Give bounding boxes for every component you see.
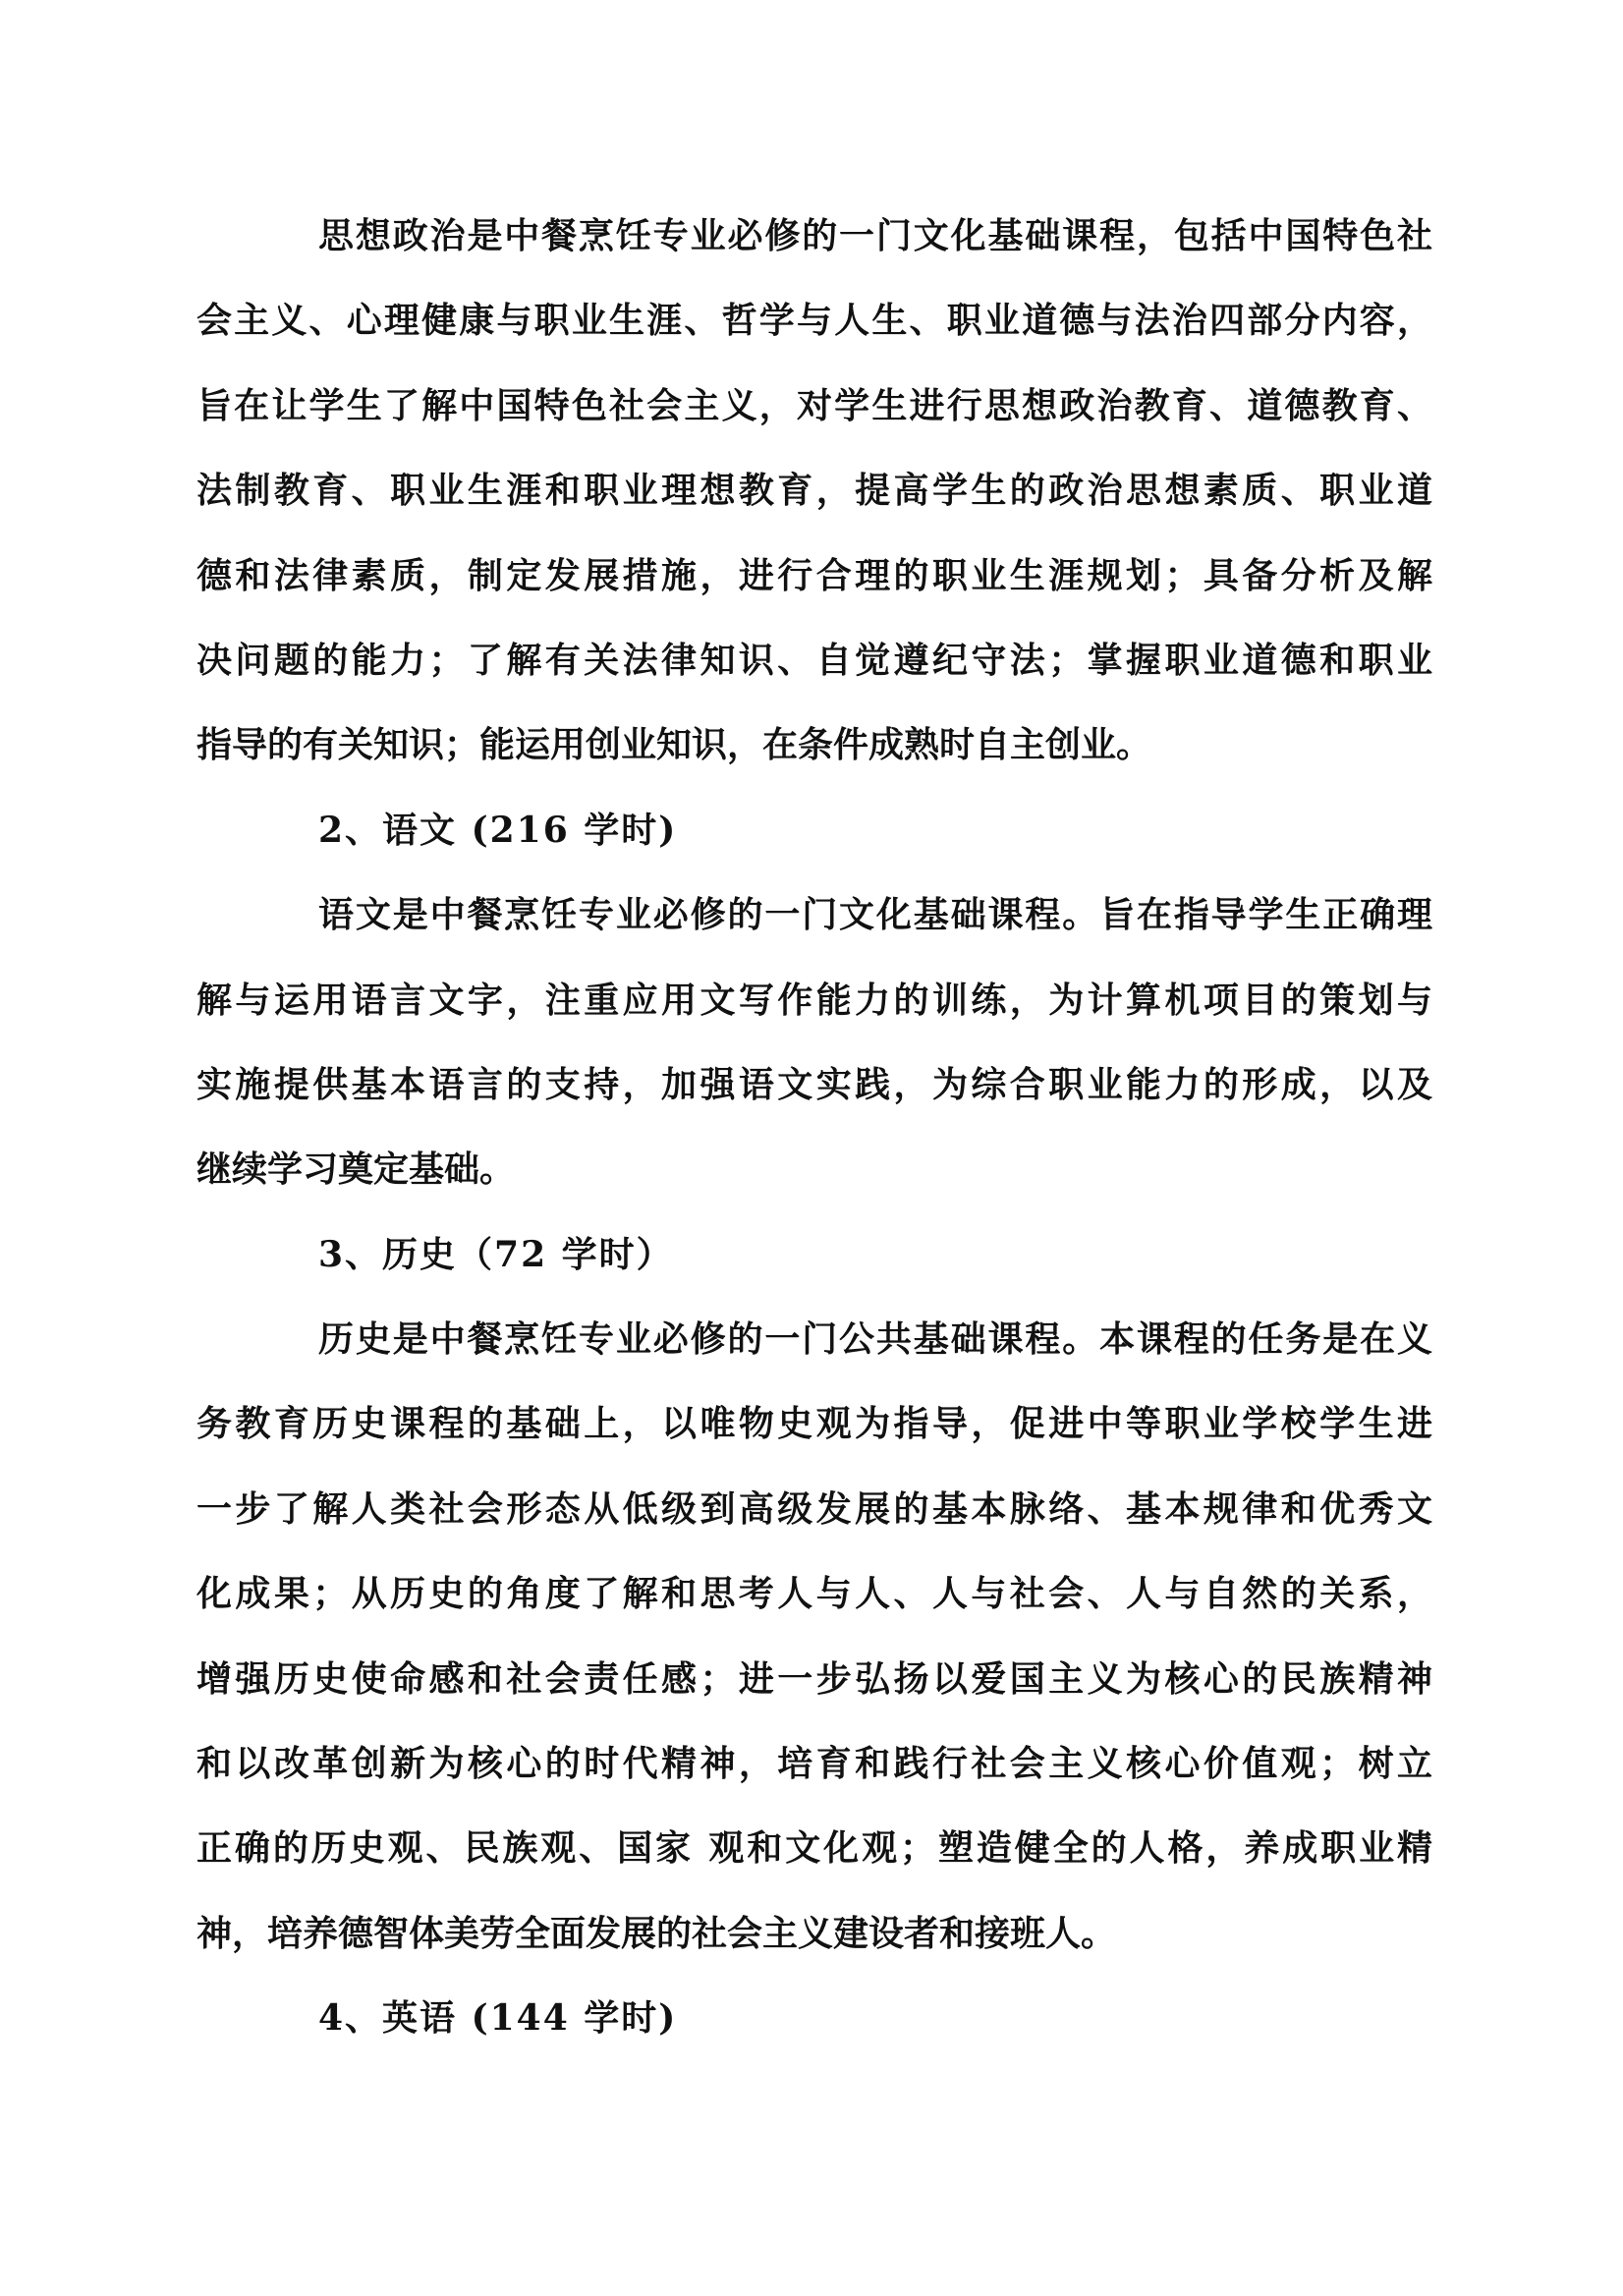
paragraph-line: 和以改革创新为核心的时代精神，培育和践行社会主义核心价值观；树立	[196, 1721, 1432, 1806]
section-heading-history: 3、历史（72 学时）	[196, 1212, 1432, 1297]
paragraph-line: 正确的历史观、民族观、国家 观和文化观；塑造健全的人格，养成职业精	[196, 1806, 1432, 1890]
paragraph-line: 解与运用语言文字，注重应用文写作能力的训练，为计算机项目的策划与	[196, 958, 1432, 1042]
paragraph-chinese: 语文是中餐烹饪专业必修的一门文化基础课程。旨在指导学生正确理 解与运用语言文字，…	[196, 872, 1432, 1212]
section-heading-english: 4、英语 (144 学时)	[196, 1976, 1432, 2060]
section-heading-chinese: 2、语文 (216 学时)	[196, 788, 1432, 872]
paragraph-line: 务教育历史课程的基础上，以唯物史观为指导，促进中等职业学校学生进	[196, 1381, 1432, 1466]
paragraph-line: 增强历史使命感和社会责任感；进一步弘扬以爱国主义为核心的民族精神	[196, 1637, 1432, 1721]
paragraph-line: 思想政治是中餐烹饪专业必修的一门文化基础课程，包括中国特色社	[196, 194, 1432, 278]
paragraph-line: 法制教育、职业生涯和职业理想教育，提高学生的政治思想素质、职业道	[196, 448, 1432, 532]
paragraph-line: 历史是中餐烹饪专业必修的一门公共基础课程。本课程的任务是在义	[196, 1297, 1432, 1381]
paragraph-line: 神，培养德智体美劳全面发展的社会主义建设者和接班人。	[196, 1891, 1432, 1976]
paragraph-line: 指导的有关知识；能运用创业知识，在条件成熟时自主创业。	[196, 702, 1432, 787]
paragraph-line: 语文是中餐烹饪专业必修的一门文化基础课程。旨在指导学生正确理	[196, 872, 1432, 957]
paragraph-line: 会主义、心理健康与职业生涯、哲学与人生、职业道德与法治四部分内容，	[196, 278, 1432, 363]
paragraph-line: 一步了解人类社会形态从低级到高级发展的基本脉络、基本规律和优秀文	[196, 1467, 1432, 1551]
paragraph-line: 德和法律素质，制定发展措施，进行合理的职业生涯规划；具备分析及解	[196, 533, 1432, 618]
paragraph-line: 旨在让学生了解中国特色社会主义，对学生进行思想政治教育、道德教育、	[196, 364, 1432, 448]
paragraph-line: 化成果；从历史的角度了解和思考人与人、人与社会、人与自然的关系，	[196, 1551, 1432, 1636]
paragraph-line: 继续学习奠定基础。	[196, 1127, 1432, 1211]
paragraph-line: 决问题的能力；了解有关法律知识、自觉遵纪守法；掌握职业道德和职业	[196, 618, 1432, 702]
paragraph-history: 历史是中餐烹饪专业必修的一门公共基础课程。本课程的任务是在义 务教育历史课程的基…	[196, 1297, 1432, 1976]
document-page: 思想政治是中餐烹饪专业必修的一门文化基础课程，包括中国特色社 会主义、心理健康与…	[196, 194, 1432, 2061]
paragraph-line: 实施提供基本语言的支持，加强语文实践，为综合职业能力的形成，以及	[196, 1042, 1432, 1127]
paragraph-politics: 思想政治是中餐烹饪专业必修的一门文化基础课程，包括中国特色社 会主义、心理健康与…	[196, 194, 1432, 788]
